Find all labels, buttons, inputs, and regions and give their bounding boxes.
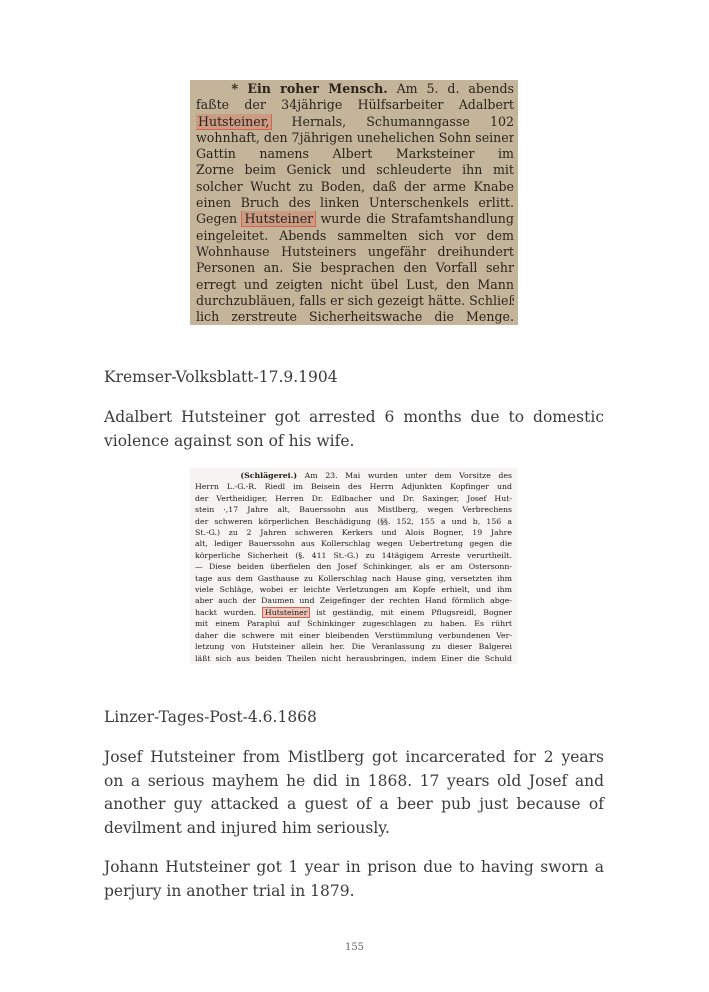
highlighted-name: Hutsteiner xyxy=(242,211,315,226)
newspaper-clipping-linzer-tages-post: (Schlägerei.) Am 23. Mai wurden unter de… xyxy=(190,468,517,664)
caption-kremser-volksblatt: Kremser-Volksblatt-17.9.1904 xyxy=(104,366,604,390)
clipping-headline: (Schlägerei.) xyxy=(240,471,297,480)
clipping-headline: * Ein roher Mensch. xyxy=(232,81,388,96)
paragraph-johann: Johann Hutsteiner got 1 year in prison d… xyxy=(104,856,604,903)
caption-linzer-tages-post: Linzer-Tages-Post-4.6.1868 xyxy=(104,706,604,730)
paragraph-adalbert: Adalbert Hutsteiner got arrested 6 month… xyxy=(104,406,604,453)
page-number: 155 xyxy=(0,942,709,953)
newspaper-clipping-kremser-volksblatt: * Ein roher Mensch. Am 5. d. abends faßt… xyxy=(190,80,518,325)
highlighted-name: Hutsteiner, xyxy=(196,114,271,129)
highlighted-name: Hutsteiner xyxy=(263,608,310,617)
paragraph-josef: Josef Hutsteiner from Mistlberg got inca… xyxy=(104,746,604,840)
